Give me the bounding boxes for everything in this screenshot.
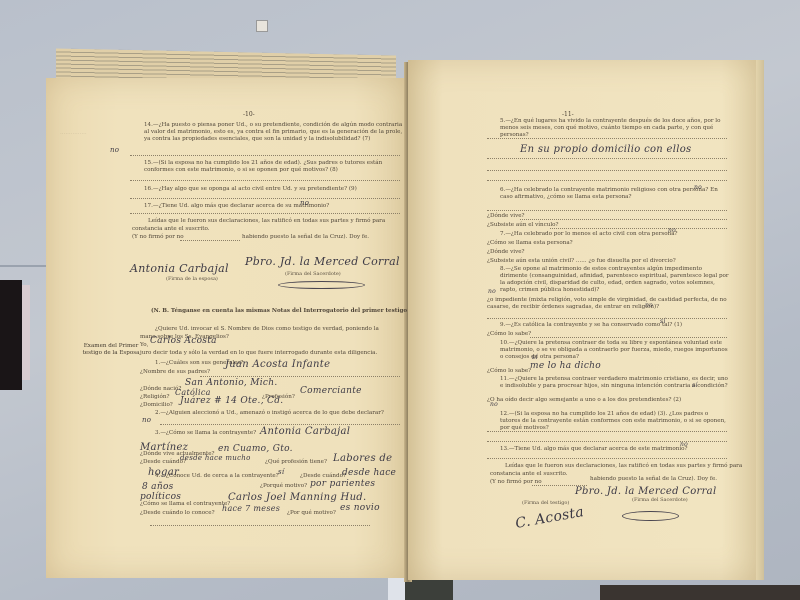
answer-line xyxy=(550,228,727,229)
margin-heading: Examen del Primer testigo de la Esposa xyxy=(82,343,140,357)
answer-line xyxy=(530,337,727,338)
answer-line xyxy=(487,210,727,211)
oath-line-4: juro decir toda y sólo la verdad en lo q… xyxy=(140,350,377,357)
witness-name: Carlos Acosta xyxy=(150,336,217,346)
question-8: 8.—¿Se opone al matrimonio de estos cont… xyxy=(500,266,730,294)
field-value-padres: Juan Acosta Infante xyxy=(225,359,330,370)
question-13: 13.—Tiene Ud. algo más que declarar acer… xyxy=(500,446,688,453)
question-7b: ¿Dónde vive? xyxy=(487,249,525,256)
question-12: 12.—(Si la esposa no ha cumplido los 21 … xyxy=(500,411,730,432)
field-label-padres: ¿Nombre de sus padres? xyxy=(140,369,210,376)
right-closing-line-2: constancia ante el suscrito. xyxy=(490,471,568,478)
answer-line xyxy=(487,458,727,459)
answer-17: no xyxy=(300,199,309,207)
oath-line-3-prefix: Yo, xyxy=(140,342,148,349)
field-value-profesion: Comerciante xyxy=(300,386,362,396)
closing-line-2: constancia ante el suscrito. xyxy=(132,226,210,233)
caption-bride-signature: (Firma de la esposa) xyxy=(166,276,218,282)
answer-line xyxy=(130,213,400,214)
answer-line xyxy=(487,158,727,159)
signature-bride: Antonia Carbajal xyxy=(130,262,229,275)
nb-note: (N. B. Ténganse en cuenta las mismas Not… xyxy=(151,308,407,315)
answer-7: no xyxy=(668,227,676,234)
question-7a: ¿Cómo se llama esta persona? xyxy=(487,240,573,247)
bleed-through-text: ............... xyxy=(60,130,87,136)
field-label-contrayente: ¿Cómo se llama el contrayente? xyxy=(140,501,230,508)
right-closing-line-3b: habiendo puesto la señal de la Cruz). Do… xyxy=(590,476,717,483)
answer-11a: no xyxy=(490,401,498,408)
answer-line xyxy=(487,431,727,432)
answer-line xyxy=(487,170,727,171)
answer-8a: no xyxy=(645,302,653,309)
signature-priest: Pbro. Jd. la Merced Corral xyxy=(245,255,400,268)
question-16: 16.—¿Hay algo que se oponga al acto civi… xyxy=(144,186,357,193)
answer-line xyxy=(150,525,370,526)
right-signature-priest: Pbro. Jd. la Merced Corral xyxy=(575,486,716,497)
closing-line-3a: (Y no firmó por no xyxy=(132,234,184,241)
field-value-contrayente: Carlos Joel Manning Hud. xyxy=(228,492,367,503)
signature-flourish xyxy=(622,511,679,521)
question-11a: ¿O ha oído decir algo semejante a uno o … xyxy=(487,397,681,404)
answer-14: no xyxy=(110,146,119,154)
field-value-lo-conoce: hace 7 meses xyxy=(222,504,280,513)
question-7c: ¿Subsiste aún esta unión civil? ...... ¿… xyxy=(487,258,676,265)
answer-line xyxy=(520,219,727,220)
answer-line xyxy=(130,155,400,156)
right-closing-line-1: Leídas que le fueron sus declaraciones, … xyxy=(505,463,742,470)
answer-line xyxy=(487,180,727,181)
field-value-nacio: San Antonio, Mich. xyxy=(185,378,278,388)
name-blank xyxy=(180,240,240,241)
answer-line xyxy=(487,441,727,442)
answer-line xyxy=(487,318,727,319)
book-cover-edge xyxy=(22,285,30,380)
closing-line-1: Leídas que le fueron sus declaraciones, … xyxy=(148,218,385,225)
answer-11: sí xyxy=(692,382,698,389)
question-10a: ¿Cómo lo sabe? xyxy=(487,368,531,375)
field-label-por-que-motivo: ¿Por qué motivo? xyxy=(287,510,336,517)
caption-witness-signature: (Firma del testigo) xyxy=(522,500,569,506)
answer-5: En su propio domicilio con ellos xyxy=(520,144,691,155)
field-value-por-que-motivo: es novio xyxy=(340,503,380,513)
answer-10a: me lo ha dicho xyxy=(530,361,601,371)
question-15: 15.—(Si la esposa no ha cumplido los 21 … xyxy=(144,160,404,174)
caption-priest-signature: (Firma del Sacerdote) xyxy=(285,271,341,277)
right-page-number: -11- xyxy=(562,111,574,118)
question-9a: ¿Cómo lo sabe? xyxy=(487,331,531,338)
oath-line-1: ¿Quiere Ud. invocar el S. Nombre de Dios… xyxy=(155,326,379,333)
field-label-lo-conoce: ¿Desde cuándo lo conoce? xyxy=(140,510,215,517)
answer-line xyxy=(487,138,727,139)
answer-2-witness: no xyxy=(142,416,151,424)
question-6a: ¿Dónde vive? xyxy=(487,213,525,220)
closing-line-3b: habiendo puesto la señal de la Cruz). Do… xyxy=(242,234,369,241)
dark-book-cover xyxy=(0,280,22,390)
answer-8: no xyxy=(488,288,496,295)
question-14: 14.—¿Ha puesto o piensa poner Ud., o su … xyxy=(144,122,404,143)
answer-line xyxy=(200,376,400,377)
question-5: 5.—¿En qué lugares ha vivido la contraye… xyxy=(500,118,730,139)
question-9: 9.—¿Es católica la contrayente y se ha c… xyxy=(500,322,682,329)
answer-9: sí xyxy=(660,318,666,325)
answer-line xyxy=(130,198,400,199)
answer-6: no xyxy=(694,184,702,191)
question-8a: ¿o impediente (mixta religión, voto simp… xyxy=(487,297,727,311)
question-7: 7.—¿Ha celebrado por lo menos el acto ci… xyxy=(500,231,678,238)
answer-10: sí xyxy=(532,354,538,361)
question-6b: ¿Subsiste aún el vínculo? xyxy=(487,222,559,229)
question-2-witness: 2.—¿Alguien aleccionó a Ud., amenazó o i… xyxy=(155,410,384,417)
binding-tab xyxy=(256,20,268,32)
signature-flourish xyxy=(278,281,365,289)
answer-13: no xyxy=(680,441,688,448)
field-label-domicilio: ¿Domicilio? xyxy=(140,402,173,409)
field-value-domicilio: Juárez # 14 Ote., Cd. xyxy=(180,396,283,406)
caption-right-priest-signature: (Firma del Sacerdote) xyxy=(632,497,688,503)
left-page-number: -10- xyxy=(243,111,255,118)
answer-line xyxy=(130,180,400,181)
floor-shadow xyxy=(600,585,800,600)
field-label-religion: ¿Religión? xyxy=(140,394,169,401)
spine-gap xyxy=(388,575,405,600)
